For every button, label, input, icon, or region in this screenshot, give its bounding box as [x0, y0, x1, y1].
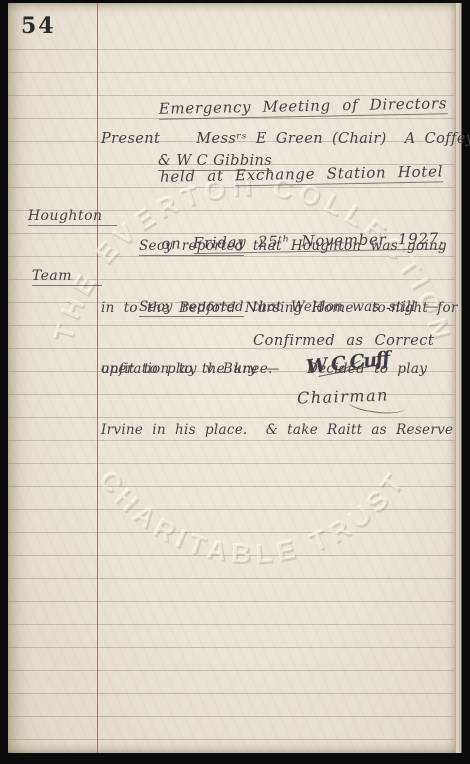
minute-houghton-line-1: Secy reported that Houghton was going	[101, 236, 458, 257]
minute-team-line-2: unfit to play v Bury — Decided to play	[101, 359, 453, 380]
confirmed-as-correct: Confirmed as Correct	[253, 333, 434, 349]
margin-note-team: Team	[12, 252, 102, 302]
minute-team-line-3: Irvine in his place. & take Raitt as Res…	[101, 420, 453, 441]
margin-rule	[97, 3, 98, 753]
heading-line-1: Emergency Meeting of Directors	[159, 92, 448, 120]
photo-frame: THE EVERTON COLLECTION THE EVERTON COLLE…	[0, 0, 470, 764]
minute-team: Secy reported that Weldon was still — un…	[101, 256, 453, 482]
present-line-2: & W C Gibbins	[158, 153, 272, 169]
minute-team-line-1: Secy reported that Weldon was still —	[101, 297, 453, 318]
page-number: 54	[21, 13, 56, 39]
present-line-1: Present Messʳˢ E Green (Chair) A Coffey.…	[101, 131, 470, 147]
